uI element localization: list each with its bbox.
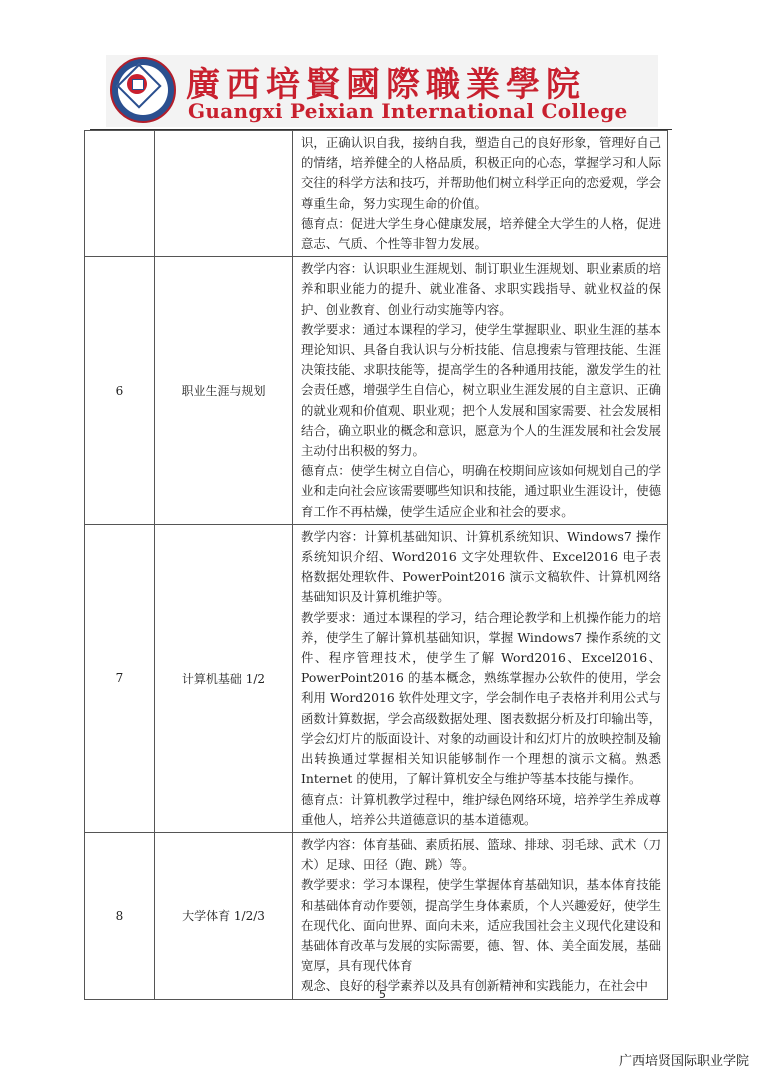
description-paragraph: 教学要求：学习本课程，使学生掌握体育基础知识，基本体育技能和基础体育动作要领，提… (301, 875, 661, 976)
table-row: 识，正确认识自我，接纳自我，塑造自己的良好形象，管理好自己的情绪，培养健全的人格… (85, 131, 668, 257)
college-logo-icon (110, 57, 176, 123)
course-name: 大学体育 1/2/3 (155, 832, 293, 999)
course-name: 职业生涯与规划 (155, 257, 293, 525)
description-paragraph: 观念、良好的科学素养以及具有创新精神和实践能力，在社会中 (301, 976, 661, 996)
logo-core (127, 74, 147, 94)
description-paragraph: 识，正确认识自我，接纳自我，塑造自己的良好形象，管理好自己的情绪，培养健全的人格… (301, 133, 661, 214)
page-number: 5 (379, 988, 386, 1001)
course-description: 教学内容：计算机基础知识、计算机系统知识、Windows7 操作系统知识介绍、W… (293, 524, 668, 832)
course-description: 教学内容：体育基础、素质拓展、篮球、排球、羽毛球、武术（刀术）足球、田径（跑、跳… (293, 832, 668, 999)
course-table: 识，正确认识自我，接纳自我，塑造自己的良好形象，管理好自己的情绪，培养健全的人格… (84, 130, 668, 1000)
description-paragraph: 德育点：使学生树立自信心，明确在校期间应该如何规划自己的学业和走向社会应该需要哪… (301, 461, 661, 522)
course-description: 识，正确认识自我，接纳自我，塑造自己的良好形象，管理好自己的情绪，培养健全的人格… (293, 131, 668, 257)
footer-institution-name: 广西培贤国际职业学院 (619, 1050, 749, 1069)
college-name-english: Guangxi Peixian International College (188, 99, 628, 123)
course-name (155, 131, 293, 257)
table-row: 6 职业生涯与规划 教学内容：认识职业生涯规划、制订职业生涯规划、职业素质的培养… (85, 257, 668, 525)
description-paragraph: 教学要求：通过本课程的学习，结合理论教学和上机操作能力的培养，使学生了解计算机基… (301, 608, 661, 790)
description-paragraph: 教学内容：体育基础、素质拓展、篮球、排球、羽毛球、武术（刀术）足球、田径（跑、跳… (301, 835, 661, 875)
description-paragraph: 教学内容：认识职业生涯规划、制订职业生涯规划、职业素质的培养和职业能力的提升、就… (301, 259, 661, 320)
description-paragraph: 德育点：计算机教学过程中，维护绿色网络环境，培养学生养成尊重他人，培养公共道德意… (301, 790, 661, 830)
description-paragraph: 德育点：促进大学生身心健康发展，培养健全大学生的人格，促进意志、气质、个性等非智… (301, 214, 661, 254)
course-number: 6 (85, 257, 155, 525)
course-name: 计算机基础 1/2 (155, 524, 293, 832)
book-icon (132, 79, 144, 90)
description-paragraph: 教学内容：计算机基础知识、计算机系统知识、Windows7 操作系统知识介绍、W… (301, 527, 661, 608)
table-row: 7 计算机基础 1/2 教学内容：计算机基础知识、计算机系统知识、Windows… (85, 524, 668, 832)
table-row: 8 大学体育 1/2/3 教学内容：体育基础、素质拓展、篮球、排球、羽毛球、武术… (85, 832, 668, 999)
description-paragraph: 教学要求：通过本课程的学习，使学生掌握职业、职业生涯的基本理论知识、具备自我认识… (301, 320, 661, 461)
header-banner: 廣西培賢國際職業學院 Guangxi Peixian International… (106, 55, 658, 127)
course-description: 教学内容：认识职业生涯规划、制订职业生涯规划、职业素质的培养和职业能力的提升、就… (293, 257, 668, 525)
course-number: 7 (85, 524, 155, 832)
course-number: 8 (85, 832, 155, 999)
course-number (85, 131, 155, 257)
